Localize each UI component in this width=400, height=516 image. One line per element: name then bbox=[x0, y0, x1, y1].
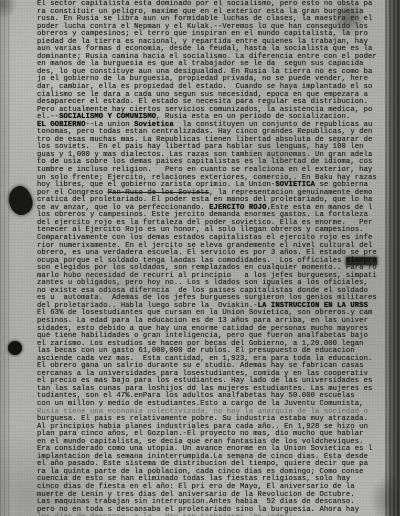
right-scan-edge-band bbox=[385, 0, 400, 516]
text-line: Rusia tiene una economia colectivizada, … bbox=[37, 409, 389, 417]
document-text: El sector capitalista esta dominado por … bbox=[37, 1, 389, 516]
text-segment: con un millon y medio de estudiantes.Est… bbox=[37, 400, 364, 408]
ink-blot-small bbox=[8, 341, 22, 355]
text-segment: Rusia tiene una economia colectivizada, … bbox=[37, 408, 368, 416]
left-fold-shadow bbox=[0, 0, 12, 516]
scanned-document-page: El sector capitalista esta dominado por … bbox=[0, 0, 400, 516]
